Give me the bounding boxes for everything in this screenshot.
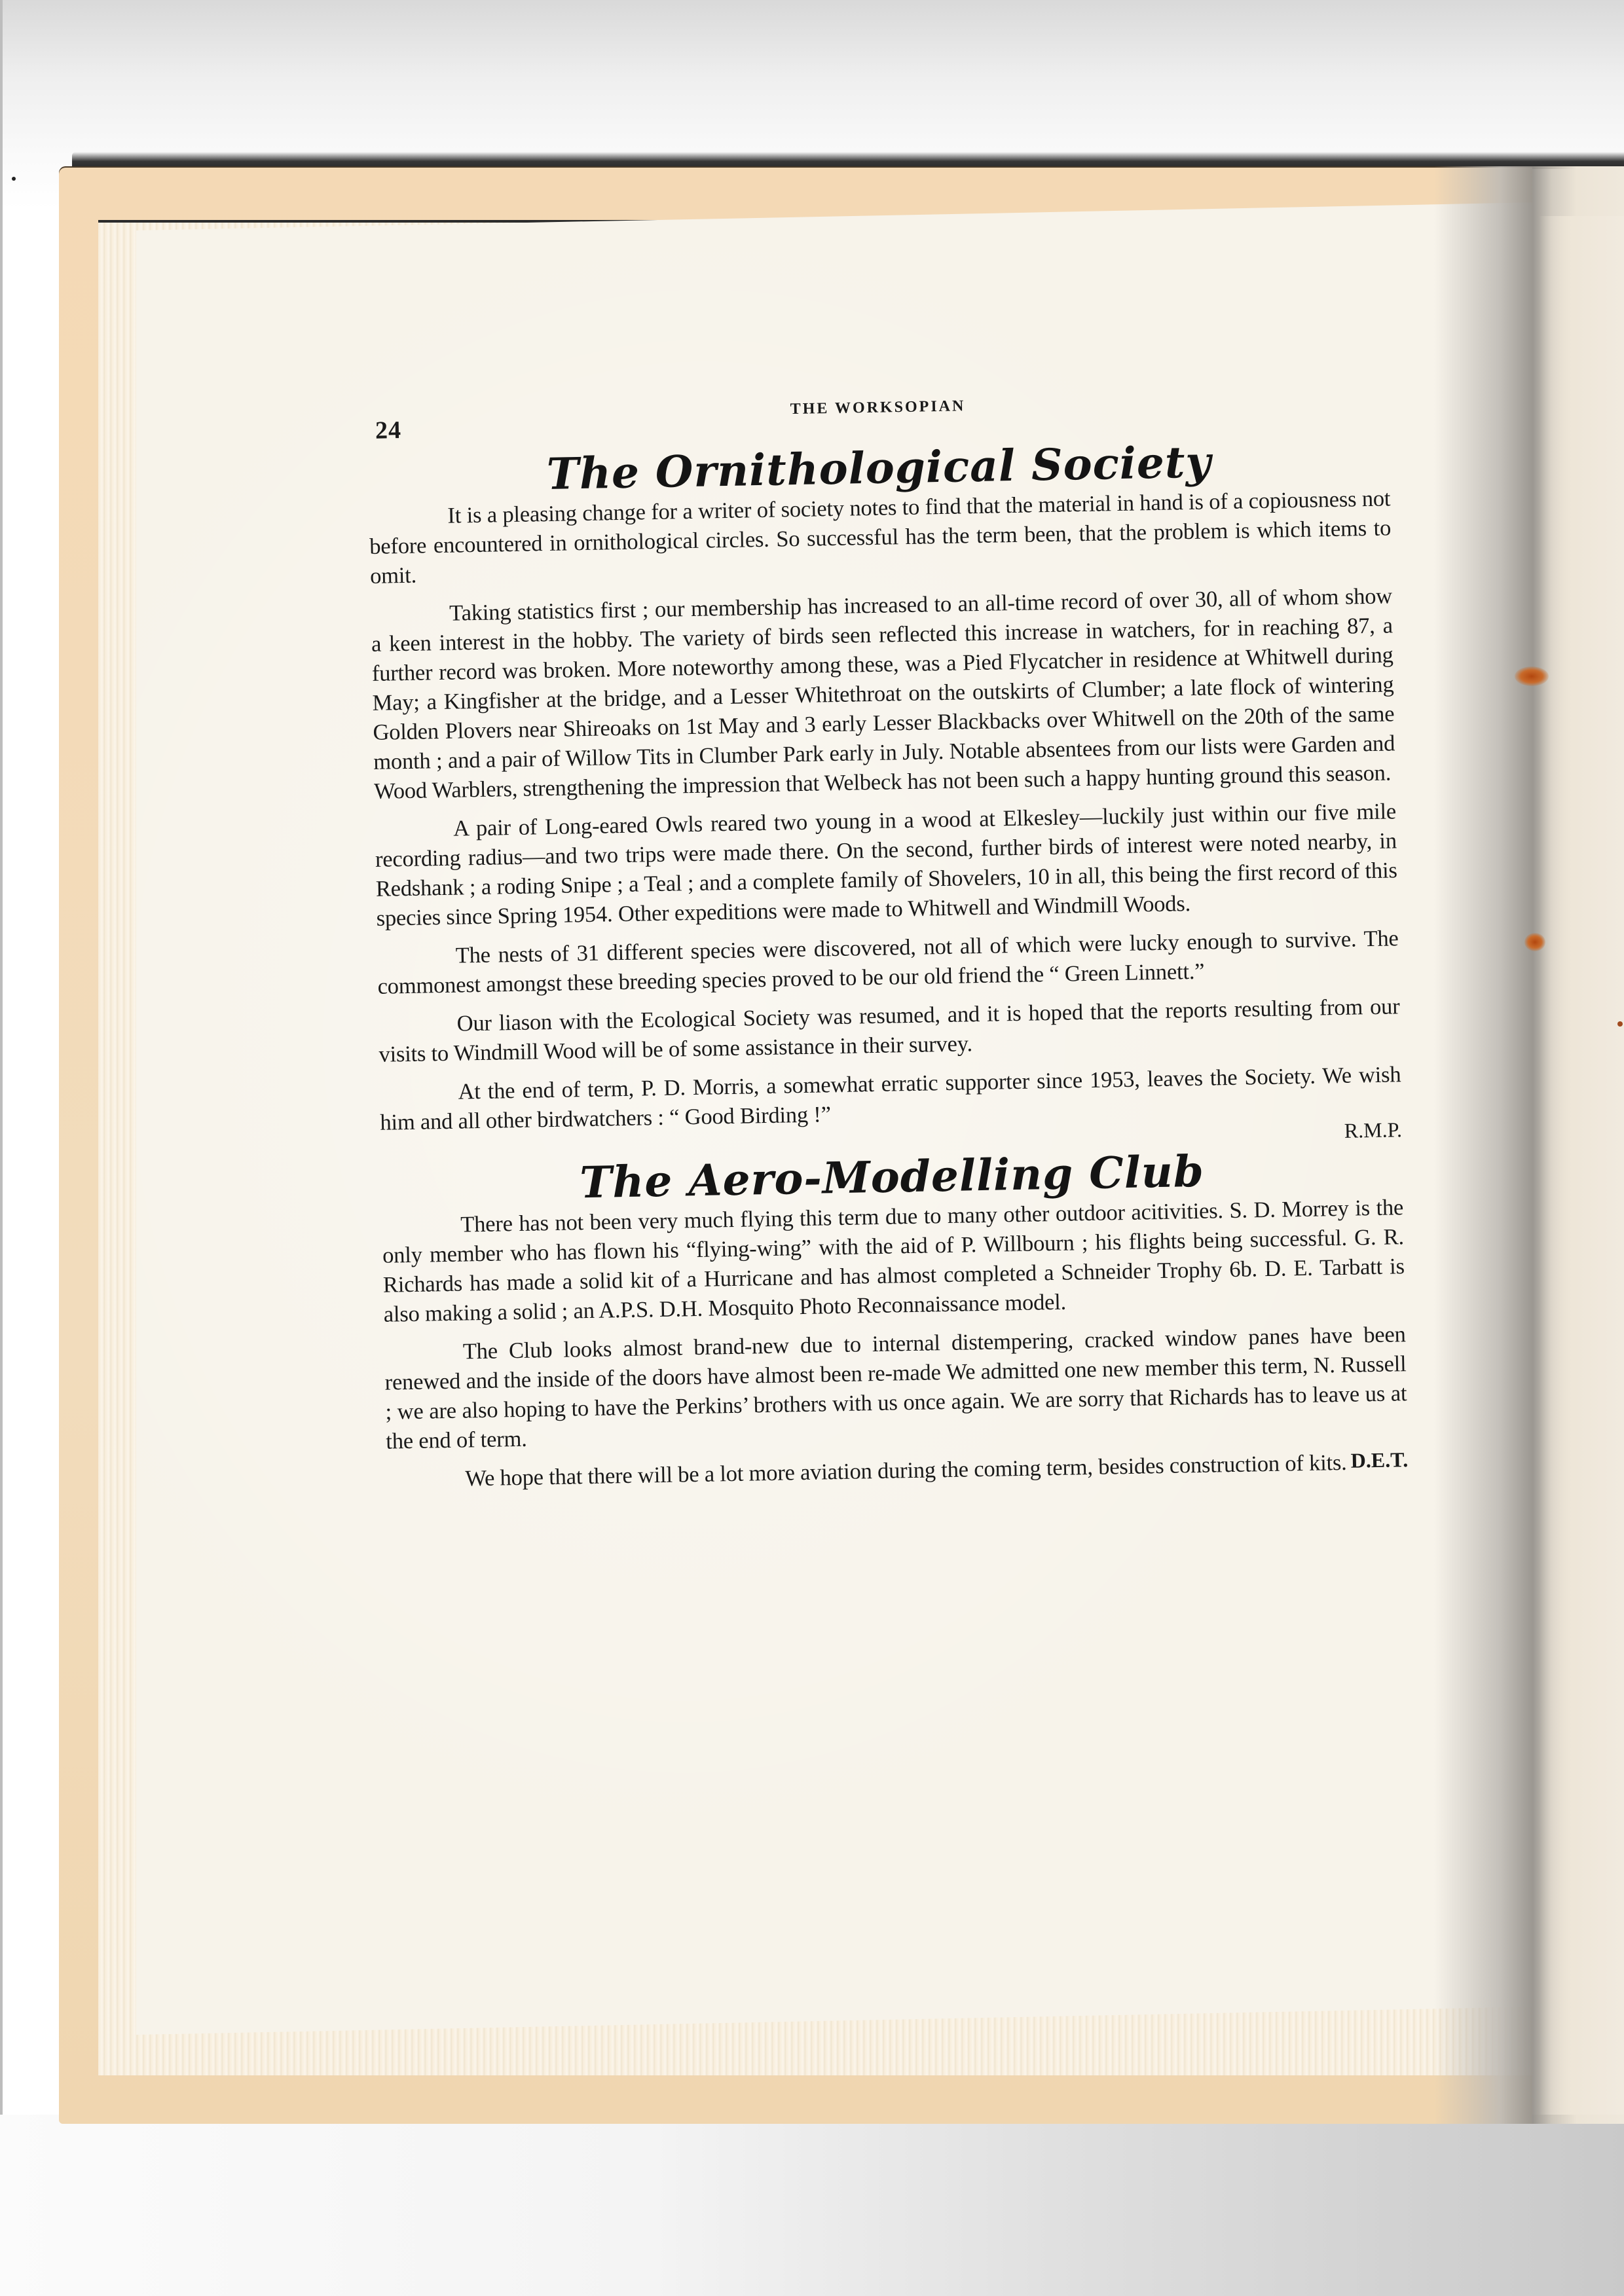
scan-edge [0,0,3,2296]
paragraph: There has not been very much flying this… [382,1193,1405,1330]
paragraph: The nests of 31 different species were d… [377,924,1399,1002]
scan-speck [12,177,16,181]
scanner-background [0,2115,1624,2296]
paragraph: Our liason with the Ecological Society w… [378,992,1400,1070]
rust-stain [1524,933,1545,951]
paragraph: Taking statistics first ; our membership… [371,581,1396,807]
aero-modelling-club-section: The Aero-Modelling Club There has not be… [380,1142,1408,1491]
ornithological-society-section: The Ornithological Society It is a pleas… [368,433,1403,1160]
rust-stain [1617,1021,1623,1027]
journal-title: THE WORKSOPIAN [367,390,1388,426]
page-content: 24 THE WORKSOPIAN The Ornithological Soc… [367,374,1408,1490]
paragraph: It is a pleasing change for a writer of … [369,484,1392,591]
rust-stain [1515,666,1549,686]
paragraph: The Club looks almost brand-new due to i… [384,1320,1407,1457]
paragraph: A pair of Long-eared Owls reared two you… [375,797,1398,934]
facing-page-edge [1539,216,1624,2115]
